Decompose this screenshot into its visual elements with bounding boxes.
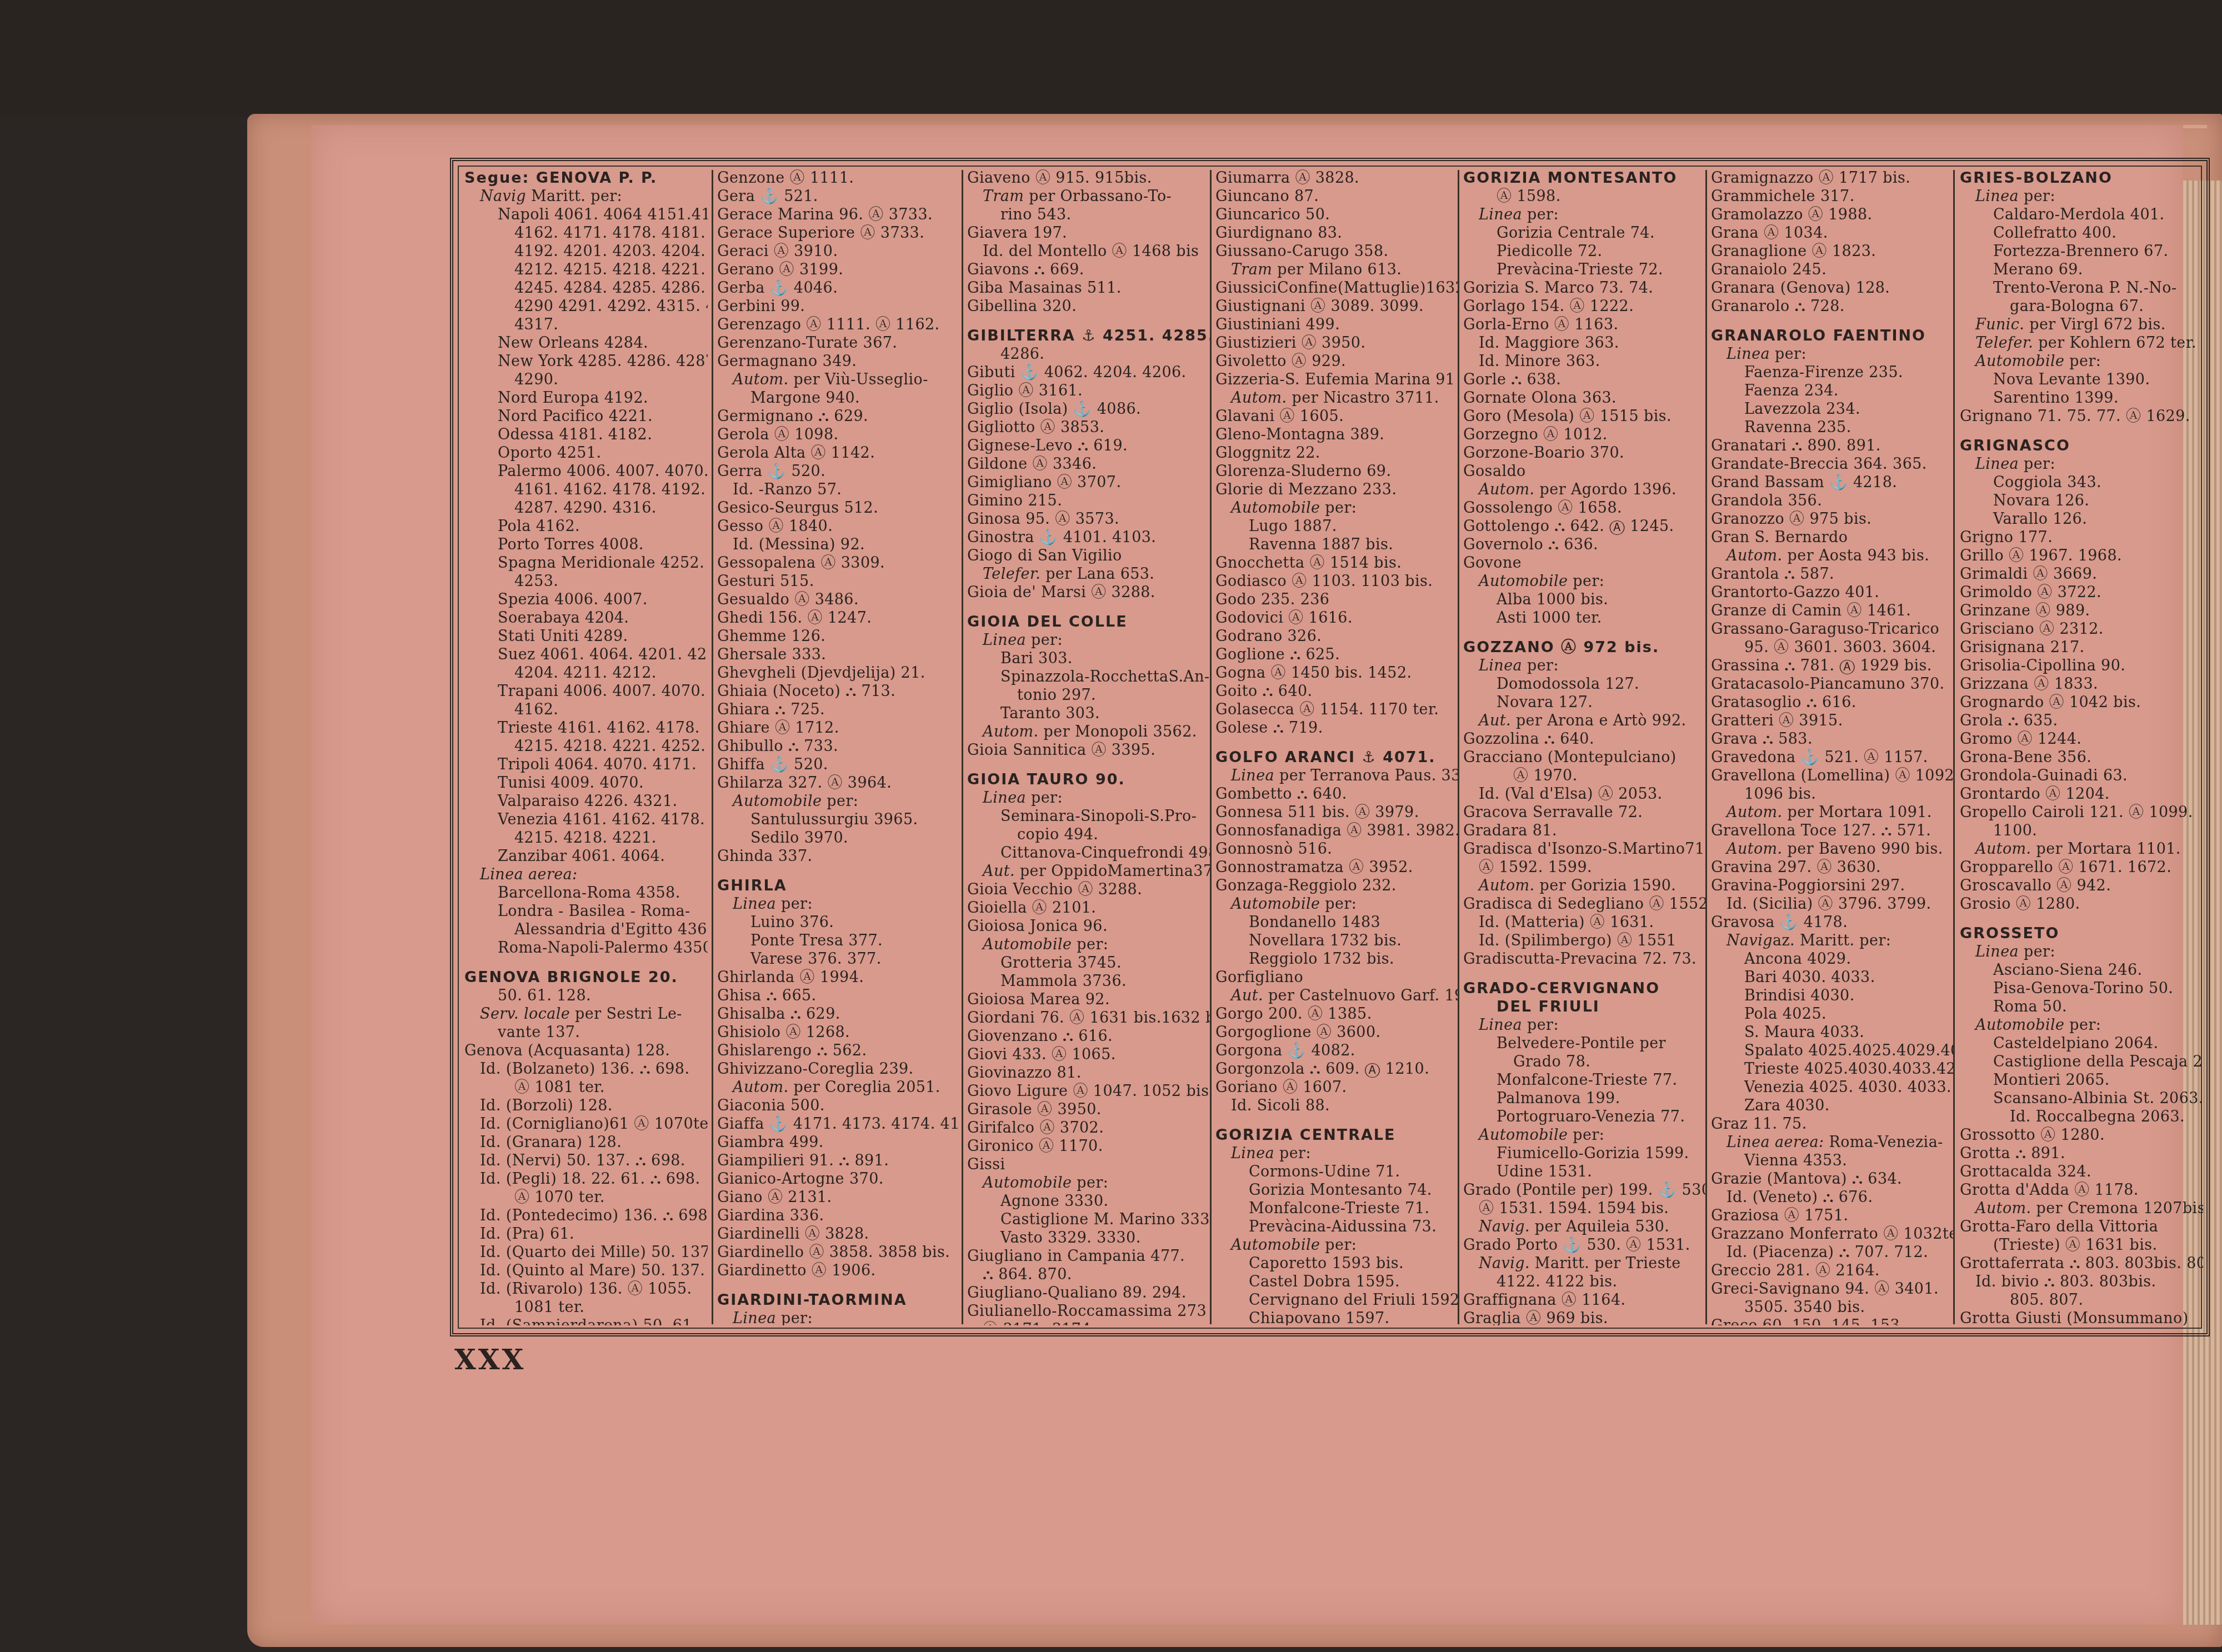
- index-entry: Serv. locale per Sestri Le-: [464, 1005, 708, 1023]
- index-entry: Gonnosnò 516.: [1215, 840, 1459, 858]
- index-entry: Belvedere-Pontile per: [1463, 1034, 1706, 1053]
- index-entry: Cervignano del Friuli 1592.: [1215, 1291, 1459, 1309]
- index-entry: Gravosa ⚓ 4178.: [1711, 913, 1954, 932]
- index-entry: Grola ⛬ 635.: [1960, 712, 2203, 730]
- index-entry: Ghibullo ⛬ 733.: [717, 737, 960, 755]
- index-entry: Genova (Acquasanta) 128.: [464, 1042, 708, 1060]
- index-entry: Giovinazzo 81.: [967, 1064, 1210, 1082]
- index-entry: Spinazzola-RocchettaS.An-: [967, 668, 1210, 686]
- index-entry: Autom. per Gorizia 1590.: [1463, 877, 1706, 895]
- index-entry: Casteldelpiano 2064.: [1960, 1034, 2203, 1053]
- index-entry: 4212. 4215. 4218. 4221. 4242.: [464, 261, 708, 279]
- index-entry: Grazie (Mantova) ⛬ 634.: [1711, 1170, 1954, 1188]
- index-entry: 4290.: [464, 371, 708, 389]
- index-entry: Id. Minore 363.: [1463, 352, 1706, 371]
- index-entry: Bondanello 1483: [1215, 913, 1459, 932]
- index-entry: Gizzeria-S. Eufemia Marina 91: [1215, 371, 1459, 389]
- index-entry: Groscavallo Ⓐ 942.: [1960, 877, 2203, 895]
- index-entry: Piedicolle 72.: [1463, 242, 1706, 261]
- index-entry: Automobile per:: [1960, 352, 2203, 371]
- index-entry: Automobile per:: [1463, 572, 1706, 590]
- index-entry: Grona-Bene 356.: [1960, 748, 2203, 767]
- index-column-4: Giumarra Ⓐ 3828.Giuncano 87.Giuncarico 5…: [1215, 169, 1459, 1325]
- index-entry: Linea per:: [1960, 187, 2203, 206]
- index-entry: Grotta-Faro della Vittoria: [1960, 1218, 2203, 1236]
- index-entry: Gesso Ⓐ 1840.: [717, 517, 960, 535]
- index-entry: Aut. per OppidoMamertina3742.: [967, 862, 1210, 880]
- index-entry: Grantorto-Gazzo 401.: [1711, 583, 1954, 602]
- index-entry: Venezia 4025. 4030. 4033.: [1711, 1078, 1954, 1097]
- index-entry: Greco 60. 150. 145. 153.: [1711, 1316, 1954, 1325]
- index-entry: Glorie di Mezzano 233.: [1215, 480, 1459, 499]
- column-divider: [1705, 170, 1707, 1324]
- index-entry: Ghiaia (Noceto) ⛬ 713.: [717, 682, 960, 700]
- station-heading: GRIGNASCO: [1960, 437, 2203, 455]
- index-entry: Giaffa ⚓ 4171. 4173. 4174. 4187.: [717, 1115, 960, 1133]
- index-entry: Grammichele 317.: [1711, 187, 1954, 206]
- index-entry: Giovo Ligure Ⓐ 1047. 1052 bis.: [967, 1082, 1210, 1100]
- index-entry: Ⓐ 1598.: [1463, 187, 1706, 206]
- index-entry: Navig. per Aquileia 530.: [1463, 1218, 1706, 1236]
- index-column-7: GRIES-BOLZANOLinea per:Caldaro-Merdola 4…: [1960, 169, 2203, 1325]
- index-entry: Linea per:: [717, 895, 960, 913]
- index-entry: Gonnesa 511 bis. Ⓐ 3979.: [1215, 803, 1459, 822]
- index-column-1: Segue: GENOVA P. P.Navig Maritt. per:Nap…: [464, 169, 708, 1325]
- index-entry: Goriano Ⓐ 1607.: [1215, 1078, 1459, 1097]
- index-entry: Nord Pacifico 4221.: [464, 407, 708, 425]
- index-entry: Giustiniani 499.: [1215, 316, 1459, 334]
- index-entry: Suez 4061. 4064. 4201. 4203.: [464, 645, 708, 664]
- index-entry: Linea per:: [1463, 657, 1706, 675]
- index-entry: Tram per Orbassano-To-: [967, 187, 1210, 206]
- index-column-5: GORIZIA MONTESANTOⒶ 1598.Linea per:Goriz…: [1463, 169, 1706, 1325]
- index-entry: Grillo Ⓐ 1967. 1968.: [1960, 547, 2203, 565]
- index-entry: Novellara 1732 bis.: [1215, 932, 1459, 950]
- index-entry: Linea aerea: Roma-Venezia-: [1711, 1133, 1954, 1152]
- index-entry: Grottaferrata ⛬ 803. 803bis. 805: [1960, 1254, 2203, 1273]
- index-entry: Gerenzano-Turate 367.: [717, 334, 960, 352]
- index-entry: Gracova Serravalle 72.: [1463, 803, 1706, 822]
- index-entry: 4162. 4171. 4178. 4181. 4182.: [464, 224, 708, 242]
- index-entry: Autom. per Aosta 943 bis.: [1711, 547, 1954, 565]
- index-entry: Graffignana Ⓐ 1164.: [1463, 1291, 1706, 1309]
- index-entry: Giugliano in Campania 477.: [967, 1247, 1210, 1265]
- index-entry: Granara (Genova) 128.: [1711, 279, 1954, 297]
- index-entry: Gerola Alta Ⓐ 1142.: [717, 444, 960, 462]
- index-entry: Autom. per Mortara 1091.: [1711, 803, 1954, 822]
- index-entry: Palermo 4006. 4007. 4070.: [464, 462, 708, 480]
- index-entry: Gradisca di Sedegliano Ⓐ 1552.1553: [1463, 895, 1706, 913]
- index-entry: Gorgo 200. Ⓐ 1385.: [1215, 1005, 1459, 1023]
- index-entry: Ravenna 235.: [1711, 418, 1954, 437]
- station-heading: DEL FRIULI: [1463, 998, 1706, 1016]
- index-entry: Prevàcina-Trieste 72.: [1463, 261, 1706, 279]
- index-entry: Giglio Ⓐ 3161.: [967, 382, 1210, 400]
- index-entry: New York 4285. 4286. 4287.: [464, 352, 708, 371]
- index-entry: Giambra 499.: [717, 1133, 960, 1152]
- column-divider: [1210, 170, 1212, 1324]
- index-entry: S. Maura 4033.: [1711, 1023, 1954, 1042]
- index-entry: Id. (Messina) 92.: [717, 535, 960, 554]
- index-entry: Gianico-Artogne 370.: [717, 1170, 960, 1188]
- index-entry: Castel Dobra 1595.: [1215, 1273, 1459, 1291]
- index-entry: Gorizia Centrale 74.: [1463, 224, 1706, 242]
- index-entry: Caldaro-Merdola 401.: [1960, 206, 2203, 224]
- index-entry: Giulianello-Roccamassima 273: [967, 1302, 1210, 1320]
- index-entry: Gigliotto Ⓐ 3853.: [967, 418, 1210, 437]
- index-entry: Granze di Camin Ⓐ 1461.: [1711, 602, 1954, 620]
- index-entry: Portogruaro-Venezia 77.: [1463, 1108, 1706, 1126]
- index-entry: Autom. per Mortara 1101.: [1960, 840, 2203, 858]
- index-entry: Funic. per Virgl 672 bis.: [1960, 316, 2203, 334]
- index-entry: Id. (Val d'Elsa) Ⓐ 2053.: [1463, 785, 1706, 803]
- index-entry: Grottacalda 324.: [1960, 1163, 2203, 1181]
- index-entry: Ⓐ 1070 ter.: [464, 1188, 708, 1207]
- index-entry: Id. (Piacenza) ⛬ 707. 712.: [1711, 1243, 1954, 1261]
- index-entry: Id. (Pontedecimo) 136. ⛬ 698.: [464, 1207, 708, 1225]
- index-entry: Collefratto 400.: [1960, 224, 2203, 242]
- index-entry: Id. (Matteria) Ⓐ 1631.: [1463, 913, 1706, 932]
- index-entry: Giustizieri Ⓐ 3950.: [1215, 334, 1459, 352]
- index-entry: Brindisi 4030.: [1711, 987, 1954, 1005]
- index-entry: Gesualdo Ⓐ 3486.: [717, 590, 960, 609]
- index-entry: Grand Bassam ⚓ 4218.: [1711, 473, 1954, 492]
- index-entry: Givoletto Ⓐ 929.: [1215, 352, 1459, 371]
- index-entry: Gironico Ⓐ 1170.: [967, 1137, 1210, 1155]
- index-entry: Giavons ⛬ 669.: [967, 261, 1210, 279]
- index-entry: Varallo 126.: [1960, 510, 2203, 528]
- index-entry: Chiapovano 1597.: [1215, 1309, 1459, 1325]
- index-entry: Automobile per:: [967, 935, 1210, 954]
- index-entry: Grinzane Ⓐ 989.: [1960, 602, 2203, 620]
- index-entry: Gonnostramatza Ⓐ 3952.: [1215, 858, 1459, 877]
- index-entry: Gorgonzola ⛬ 609. Ⓐ 1210.: [1215, 1060, 1459, 1078]
- index-entry: Novara 126.: [1960, 492, 2203, 510]
- index-entry: Giussano-Carugo 358.: [1215, 242, 1459, 261]
- index-entry: Gimigliano Ⓐ 3707.: [967, 473, 1210, 492]
- index-entry: Ghisa ⛬ 665.: [717, 987, 960, 1005]
- index-entry: Grondola-Guinadi 63.: [1960, 767, 2203, 785]
- index-entry: Id. bivio ⛬ 803. 803bis.: [1960, 1273, 2203, 1291]
- index-entry: Soerabaya 4204.: [464, 609, 708, 627]
- index-entry: Gradara 81.: [1463, 822, 1706, 840]
- index-entry: Gravedona ⚓ 521. Ⓐ 1157.: [1711, 748, 1954, 767]
- index-entry: Margone 940.: [717, 389, 960, 407]
- index-entry: Linea per:: [1711, 345, 1954, 363]
- index-entry: Pola 4162.: [464, 517, 708, 535]
- index-entry: Gropello Cairoli 121. Ⓐ 1099.: [1960, 803, 2203, 822]
- index-entry: Londra - Basilea - Roma-: [464, 902, 708, 920]
- index-entry: Bari 303.: [967, 649, 1210, 668]
- index-entry: Ginosa 95. Ⓐ 3573.: [967, 510, 1210, 528]
- index-entry: Spezia 4006. 4007.: [464, 590, 708, 609]
- index-entry: Automobile per:: [1215, 1236, 1459, 1254]
- index-entry: Autom. per Coreglia 2051.: [717, 1078, 960, 1097]
- station-heading: GENOVA BRIGNOLE 20.: [464, 968, 708, 987]
- index-entry: Cittanova-Cinquefrondi 498: [967, 844, 1210, 862]
- index-entry: Linea per:: [1463, 206, 1706, 224]
- index-entry: 4215. 4218. 4221.: [464, 829, 708, 847]
- index-entry: Grisciano Ⓐ 2312.: [1960, 620, 2203, 638]
- index-entry: Glorenza-Sluderno 69.: [1215, 462, 1459, 480]
- index-entry: Ⓐ 1531. 1594. 1594 bis.: [1463, 1199, 1706, 1218]
- index-entry: Grognardo Ⓐ 1042 bis.: [1960, 693, 2203, 712]
- index-entry: Giaveno Ⓐ 915. 915bis.: [967, 169, 1210, 187]
- index-entry: Gimino 215.: [967, 492, 1210, 510]
- index-entry: Tripoli 4064. 4070. 4171.: [464, 755, 708, 774]
- index-entry: Gioiosa Jonica 96.: [967, 917, 1210, 935]
- index-entry: Id. (Sicilia) Ⓐ 3796. 3799.: [1711, 895, 1954, 913]
- index-entry: Golese ⛬ 719.: [1215, 719, 1459, 737]
- index-entry: Castiglione M. Marino 3330: [967, 1210, 1210, 1229]
- index-entry: ⛬ 864. 870.: [967, 1265, 1210, 1284]
- index-entry: Valparaiso 4226. 4321.: [464, 792, 708, 810]
- index-entry: Gradiscutta-Prevacina 72. 73.: [1463, 950, 1706, 968]
- station-heading: GIARDINI-TAORMINA: [717, 1291, 960, 1309]
- index-entry: Gioiosa Marea 92.: [967, 990, 1210, 1009]
- index-entry: Linea per Terranova Paus. 330.: [1215, 767, 1459, 785]
- index-entry: Barcellona-Roma 4358.: [464, 884, 708, 902]
- index-entry: Id. (Quarto dei Mille) 50. 137.: [464, 1243, 708, 1261]
- index-entry: Automobile per:: [1463, 1126, 1706, 1144]
- index-entry: Gravina 297. Ⓐ 3630.: [1711, 858, 1954, 877]
- index-entry: Pola 4025.: [1711, 1005, 1954, 1023]
- index-entry: Governolo ⛬ 636.: [1463, 535, 1706, 554]
- index-entry: Ghevgheli (Djevdjelija) 21.: [717, 664, 960, 682]
- column-divider: [712, 170, 713, 1324]
- index-entry: Gerace Superiore Ⓐ 3733.: [717, 224, 960, 242]
- index-entry: Graglia Ⓐ 969 bis.: [1463, 1309, 1706, 1325]
- index-entry: Ancona 4029.: [1711, 950, 1954, 968]
- index-entry: 4162.: [464, 700, 708, 719]
- index-entry: Grimaldi Ⓐ 3669.: [1960, 565, 2203, 583]
- index-entry: Domodossola 127.: [1463, 675, 1706, 693]
- index-entry: 4161. 4162. 4178. 4192. 4284.: [464, 480, 708, 499]
- index-entry: Venezia 4161. 4162. 4178.: [464, 810, 708, 829]
- index-entry: Gorzegno Ⓐ 1012.: [1463, 425, 1706, 444]
- index-entry: Godovici Ⓐ 1616.: [1215, 609, 1459, 627]
- index-entry: Gioia Vecchio Ⓐ 3288.: [967, 880, 1210, 899]
- index-entry: GiussiciConfine(Mattuglie)1632 bis.: [1215, 279, 1459, 297]
- index-column-2: Genzone Ⓐ 1111.Gera ⚓ 521.Gerace Marina …: [717, 169, 960, 1325]
- index-entry: Grana Ⓐ 1034.: [1711, 224, 1954, 242]
- index-entry: Greci-Savignano 94. Ⓐ 3401.: [1711, 1280, 1954, 1298]
- index-entry: Gorizia Montesanto 74.: [1215, 1181, 1459, 1199]
- index-entry: copio 494.: [967, 825, 1210, 844]
- index-entry: Giardinello Ⓐ 3858. 3858 bis.: [717, 1243, 960, 1261]
- index-entry: Gosaldo: [1463, 462, 1706, 480]
- index-entry: Germagnano 349.: [717, 352, 960, 371]
- index-entry: Alba 1000 bis.: [1463, 590, 1706, 609]
- index-entry: Autom. per Cremona 1207bis.: [1960, 1199, 2203, 1218]
- index-entry: 1096 bis.: [1711, 785, 1954, 803]
- station-heading: Segue: GENOVA P. P.: [464, 169, 708, 187]
- index-entry: Autom. per Baveno 990 bis.: [1711, 840, 1954, 858]
- index-entry: Ghersale 333.: [717, 645, 960, 664]
- index-entry: Linea per:: [717, 1309, 960, 1325]
- index-entry: Id. Maggiore 363.: [1463, 334, 1706, 352]
- index-table-frame: Segue: GENOVA P. P.Navig Maritt. per:Nap…: [450, 158, 2210, 1336]
- index-entry: Gorfigliano: [1215, 968, 1459, 987]
- index-entry: Id. (Sampierdarena) 50. 61.: [464, 1316, 708, 1325]
- index-entry: Germignano ⛬ 629.: [717, 407, 960, 425]
- index-entry: Aut. per Castelnuovo Garf. 1988.: [1215, 987, 1459, 1005]
- index-entry: Linea per:: [1463, 1016, 1706, 1034]
- index-entry: Geraci Ⓐ 3910.: [717, 242, 960, 261]
- index-entry: 4287. 4290. 4316.: [464, 499, 708, 517]
- index-entry: 1100.: [1960, 822, 2203, 840]
- index-entry: Alessandria d'Egitto 4360: [464, 920, 708, 939]
- index-entry: Odessa 4181. 4182.: [464, 425, 708, 444]
- index-entry: Fortezza-Brennero 67.: [1960, 242, 2203, 261]
- index-entry: Linea per:: [1215, 1144, 1459, 1163]
- index-entry: Grotta ⛬ 891.: [1960, 1144, 2203, 1163]
- index-entry: 4253.: [464, 572, 708, 590]
- index-entry: Nova Levante 1390.: [1960, 371, 2203, 389]
- index-entry: New Orleans 4284.: [464, 334, 708, 352]
- index-entry: Navig Maritt. per:: [464, 187, 708, 206]
- index-entry: Grado Porto ⚓ 530. Ⓐ 1531.: [1463, 1236, 1706, 1254]
- index-entry: Varese 376. 377.: [717, 950, 960, 968]
- index-entry: Gonnosfanadiga Ⓐ 3981. 3982.: [1215, 822, 1459, 840]
- index-entry: Automobile per:: [1215, 895, 1459, 913]
- index-entry: Granaglione Ⓐ 1823.: [1711, 242, 1954, 261]
- index-entry: Giustignani Ⓐ 3089. 3099.: [1215, 297, 1459, 316]
- index-entry: Giumarra Ⓐ 3828.: [1215, 169, 1459, 187]
- index-entry: Godo 235. 236: [1215, 590, 1459, 609]
- index-entry: Grosio Ⓐ 1280.: [1960, 895, 2203, 913]
- index-entry: Gratasoglio ⛬ 616.: [1711, 693, 1954, 712]
- index-entry: Id. (Spilimbergo) Ⓐ 1551: [1463, 932, 1706, 950]
- index-entry: Fiumicello-Gorizia 1599.: [1463, 1144, 1706, 1163]
- index-entry: Asti 1000 ter.: [1463, 609, 1706, 627]
- index-entry: Gerra ⚓ 520.: [717, 462, 960, 480]
- index-entry: Gorle ⛬ 638.: [1463, 371, 1706, 389]
- index-entry: Mammola 3736.: [967, 972, 1210, 990]
- index-entry: 805. 807.: [1960, 1291, 2203, 1309]
- index-entry: Gorzone-Boario 370.: [1463, 444, 1706, 462]
- index-entry: Godrano 326.: [1215, 627, 1459, 645]
- index-entry: Lavezzola 234.: [1711, 400, 1954, 418]
- index-entry: Trieste 4161. 4162. 4178.: [464, 719, 708, 737]
- index-entry: Giuncarico 50.: [1215, 206, 1459, 224]
- index-entry: 4122. 4122 bis.: [1463, 1273, 1706, 1291]
- index-entry: 50. 61. 128.: [464, 987, 708, 1005]
- index-entry: Gropparello Ⓐ 1671. 1672.: [1960, 858, 2203, 877]
- index-entry: Grazzano Monferrato Ⓐ 1032ter: [1711, 1225, 1954, 1243]
- index-entry: Vienna 4353.: [1711, 1152, 1954, 1170]
- index-entry: Granarolo ⛬ 728.: [1711, 297, 1954, 316]
- index-entry: Gozzolina ⛬ 640.: [1463, 730, 1706, 748]
- index-entry: Id. (Pra) 61.: [464, 1225, 708, 1243]
- index-entry: Gornate Olona 363.: [1463, 389, 1706, 407]
- index-entry: Goglione ⛬ 625.: [1215, 645, 1459, 664]
- index-entry: Gottolengo ⛬ 642. Ⓐ 1245.: [1463, 517, 1706, 535]
- index-entry: Giugliano-Qualiano 89. 294.: [967, 1284, 1210, 1302]
- index-entry: Gorgona ⚓ 4082.: [1215, 1042, 1459, 1060]
- index-entry: Giba Masainas 511.: [967, 279, 1210, 297]
- index-entry: 1081 ter.: [464, 1298, 708, 1316]
- index-entry: Gerola Ⓐ 1098.: [717, 425, 960, 444]
- index-entry: Gerbini 99.: [717, 297, 960, 316]
- index-entry: Giardinetto Ⓐ 1906.: [717, 1261, 960, 1280]
- index-entry: Granaiolo 245.: [1711, 261, 1954, 279]
- index-column-6: Gramignazzo Ⓐ 1717 bis.Grammichele 317.G…: [1711, 169, 1954, 1325]
- index-entry: Linea aerea:: [464, 865, 708, 884]
- index-entry: Zanzibar 4061. 4064.: [464, 847, 708, 865]
- index-entry: Gossolengo Ⓐ 1658.: [1463, 499, 1706, 517]
- index-entry: Gleno-Montagna 389.: [1215, 425, 1459, 444]
- index-entry: Grassano-Garaguso-Tricarico: [1711, 620, 1954, 638]
- index-entry: Merano 69.: [1960, 261, 2203, 279]
- index-entry: Grisolia-Cipollina 90.: [1960, 657, 2203, 675]
- index-column-3: Giaveno Ⓐ 915. 915bis.Tram per Orbassano…: [967, 169, 1210, 1325]
- index-entry: Grava ⛬ 583.: [1711, 730, 1954, 748]
- index-entry: Scansano-Albinia St. 2063.: [1960, 1089, 2203, 1108]
- index-entry: Gloggnitz 22.: [1215, 444, 1459, 462]
- station-heading: GIBILTERRA ⚓ 4251. 4285.: [967, 327, 1210, 345]
- index-entry: 4317.: [464, 316, 708, 334]
- index-entry: Ⓐ 1081 ter.: [464, 1078, 708, 1097]
- index-entry: Ghisalba ⛬ 629.: [717, 1005, 960, 1023]
- index-entry: Glavani Ⓐ 1605.: [1215, 407, 1459, 425]
- station-heading: GRIES-BOLZANO: [1960, 169, 2203, 187]
- index-entry: Giano Ⓐ 2131.: [717, 1188, 960, 1207]
- index-entry: Udine 1531.: [1463, 1163, 1706, 1181]
- index-entry: Gildone Ⓐ 3346.: [967, 455, 1210, 473]
- index-entry: Gnocchetta Ⓐ 1514 bis.: [1215, 554, 1459, 572]
- index-entry: Id. (Veneto) ⛬ 676.: [1711, 1188, 1954, 1207]
- index-entry: Ghiara ⛬ 725.: [717, 700, 960, 719]
- station-heading: GRADO-CERVIGNANO: [1463, 979, 1706, 998]
- index-entry: Id. (Granara) 128.: [464, 1133, 708, 1152]
- index-entry: Trento-Verona P. N.-No-: [1960, 279, 2203, 297]
- index-entry: Giordani 76. Ⓐ 1631 bis.1632 bis.: [967, 1009, 1210, 1027]
- index-entry: Montieri 2065.: [1960, 1071, 2203, 1089]
- index-entry: Gonzaga-Reggiolo 232.: [1215, 877, 1459, 895]
- index-entry: Id. (Nervi) 50. 137. ⛬ 698.: [464, 1152, 708, 1170]
- index-entry: Grotta d'Adda Ⓐ 1178.: [1960, 1181, 2203, 1199]
- index-entry: Grado 78.: [1463, 1053, 1706, 1071]
- index-entry: Seminara-Sinopoli-S.Pro-: [967, 807, 1210, 825]
- index-entry: Automobile per:: [1215, 499, 1459, 517]
- index-entry: Gibellina 320.: [967, 297, 1210, 316]
- index-entry: Giovi 433. Ⓐ 1065.: [967, 1045, 1210, 1064]
- index-entry: Graziosa Ⓐ 1751.: [1711, 1207, 1954, 1225]
- index-entry: Ponte Tresa 377.: [717, 932, 960, 950]
- index-entry: Luino 376.: [717, 913, 960, 932]
- index-entry: Goro (Mesola) Ⓐ 1515 bis.: [1463, 407, 1706, 425]
- index-entry: Ravenna 1887 bis.: [1215, 535, 1459, 554]
- index-entry: rino 543.: [967, 206, 1210, 224]
- index-entry: Grado (Pontile per) 199. ⚓ 530.: [1463, 1181, 1706, 1199]
- index-entry: Grossotto Ⓐ 1280.: [1960, 1126, 2203, 1144]
- index-entry: Linea per:: [1960, 943, 2203, 961]
- index-entry: Gravina-Poggiorsini 297.: [1711, 877, 1954, 895]
- index-entry: Spalato 4025.4025.4029.4033.: [1711, 1042, 1954, 1060]
- index-entry: Ghisiolo Ⓐ 1268.: [717, 1023, 960, 1042]
- index-entry: Grisignana 217.: [1960, 638, 2203, 657]
- index-entry: Gran S. Bernardo: [1711, 528, 1954, 547]
- index-entry: Ghirlanda Ⓐ 1994.: [717, 968, 960, 987]
- index-entry: Id. (Bolzaneto) 136. ⛬ 698.: [464, 1060, 708, 1078]
- index-entry: Agnone 3330.: [967, 1192, 1210, 1210]
- index-entry: Id. (Cornigliano)61 Ⓐ 1070ter: [464, 1115, 708, 1133]
- index-entry: Ghislarengo ⛬ 562.: [717, 1042, 960, 1060]
- index-entry: Gesico-Seurgus 512.: [717, 499, 960, 517]
- index-entry: Telefer. per Kohlern 672 ter.: [1960, 334, 2203, 352]
- index-entry: Ⓐ 3171. 3174.: [967, 1320, 1210, 1325]
